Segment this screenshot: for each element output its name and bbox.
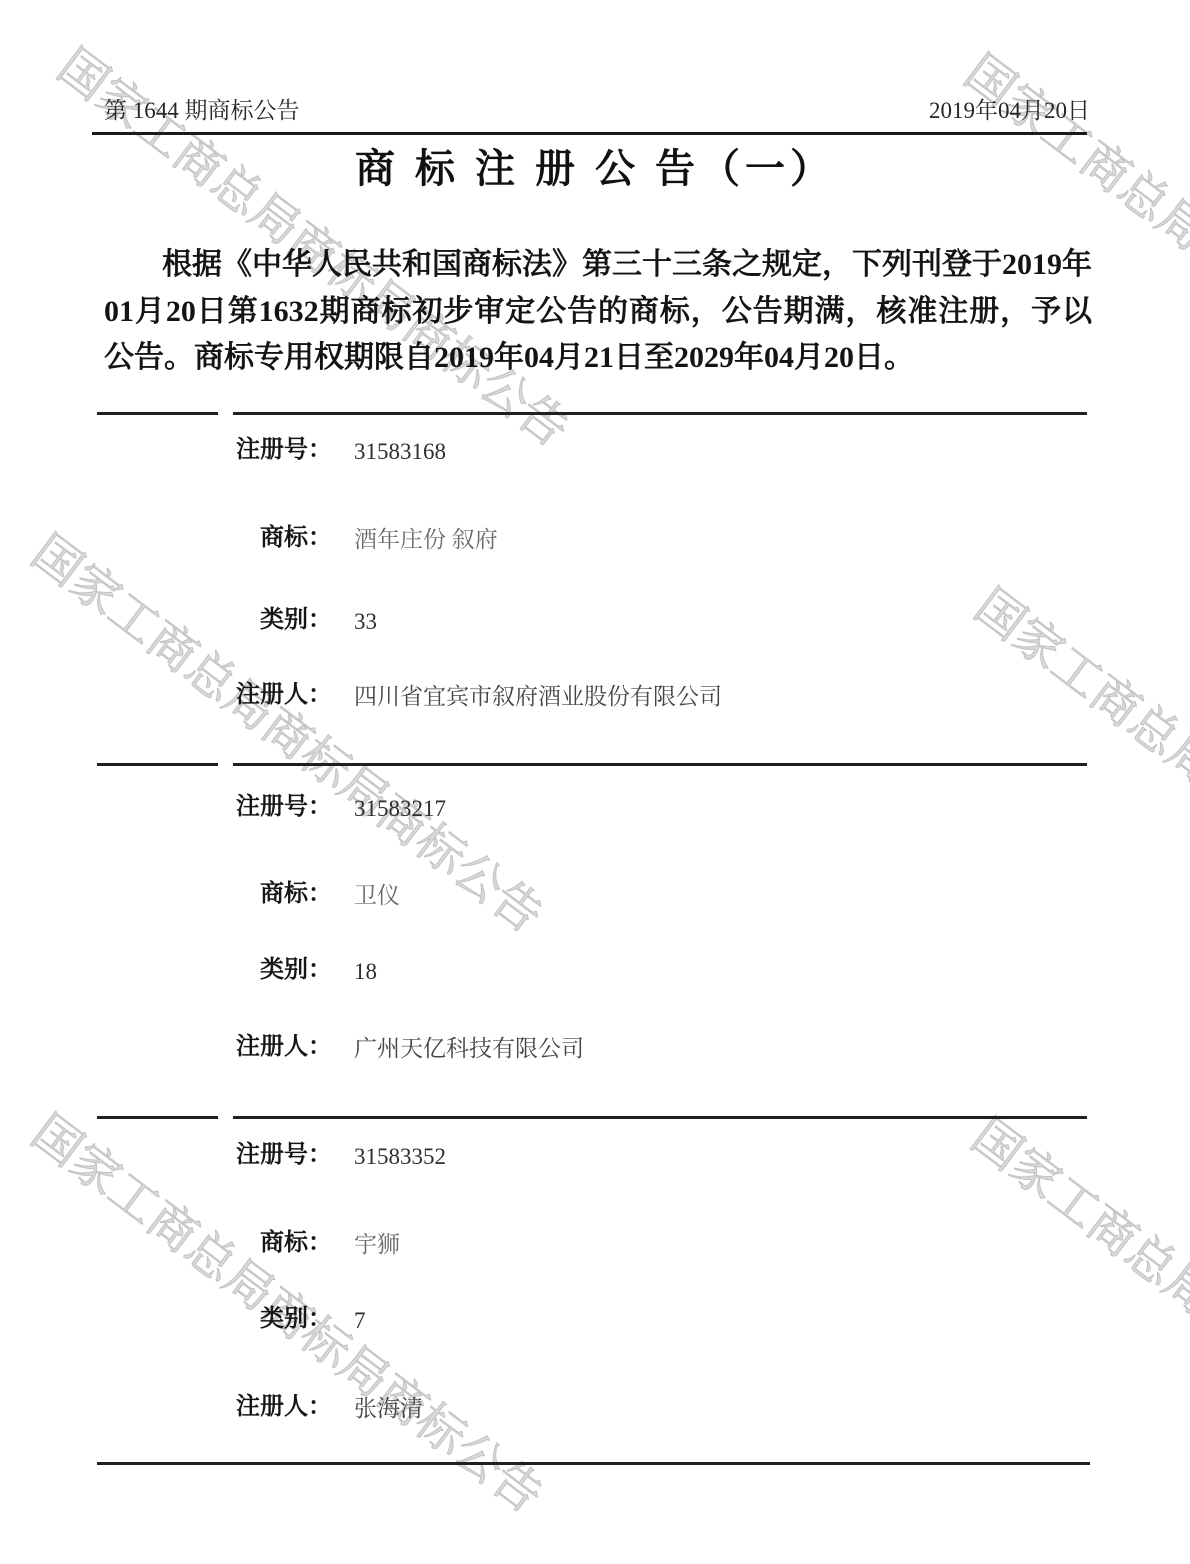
- registrant-value: 四川省宜宾市叙府酒业股份有限公司: [354, 683, 722, 711]
- registrant-label: 注册人：: [120, 1393, 332, 1421]
- class-value: 18: [354, 958, 377, 986]
- class-label: 类别：: [120, 956, 332, 984]
- gazette-page: 国家工商总局商标局商标公告 国家工商总局商标局商标公告 国家工商总局商标局商标公…: [0, 0, 1190, 1564]
- publication-date: 2019年04月20日: [929, 97, 1090, 125]
- reg-no-value: 31583352: [354, 1143, 446, 1171]
- registrant-value: 广州天亿科技有限公司: [354, 1035, 584, 1063]
- registrant-label: 注册人：: [120, 1033, 332, 1061]
- separator-line: [97, 1462, 1090, 1465]
- registrant-label: 注册人：: [120, 681, 332, 709]
- separator-line: [233, 1116, 1087, 1119]
- issue-number: 第 1644 期商标公告: [104, 97, 300, 125]
- separator-line: [97, 1116, 218, 1119]
- reg-no-value: 31583217: [354, 795, 446, 823]
- trademark-label: 商标：: [120, 1229, 332, 1257]
- watermark-text: 国家工商总局商标局商标公告: [966, 582, 1190, 996]
- separator-line: [97, 412, 218, 415]
- trademark-value: 酒年庄份 叙府: [354, 526, 498, 554]
- reg-no-label: 注册号：: [120, 436, 332, 464]
- trademark-value: 卫仪: [354, 882, 400, 910]
- reg-no-value: 31583168: [354, 438, 446, 466]
- intro-line: 公告。商标专用权期限自2019年04月21日至2029年04月20日。: [104, 340, 1092, 376]
- registrant-value: 张海清: [354, 1395, 423, 1423]
- separator-line: [97, 763, 218, 766]
- class-value: 33: [354, 608, 377, 636]
- trademark-label: 商标：: [120, 524, 332, 552]
- class-value: 7: [354, 1307, 366, 1335]
- intro-line: 根据《中华人民共和国商标法》第三十三条之规定，下列刊登于2019年: [104, 247, 1092, 283]
- trademark-label: 商标：: [120, 880, 332, 908]
- page-title: 商 标 注 册 公 告（一）: [0, 144, 1190, 194]
- header-rule: [92, 132, 1087, 135]
- separator-line: [233, 763, 1087, 766]
- reg-no-label: 注册号：: [120, 793, 332, 821]
- class-label: 类别：: [120, 1305, 332, 1333]
- intro-line: 01月20日第1632期商标初步审定公告的商标，公告期满，核准注册，予以: [104, 294, 1092, 330]
- reg-no-label: 注册号：: [120, 1141, 332, 1169]
- separator-line: [233, 412, 1087, 415]
- class-label: 类别：: [120, 606, 332, 634]
- trademark-value: 宇狮: [354, 1231, 400, 1259]
